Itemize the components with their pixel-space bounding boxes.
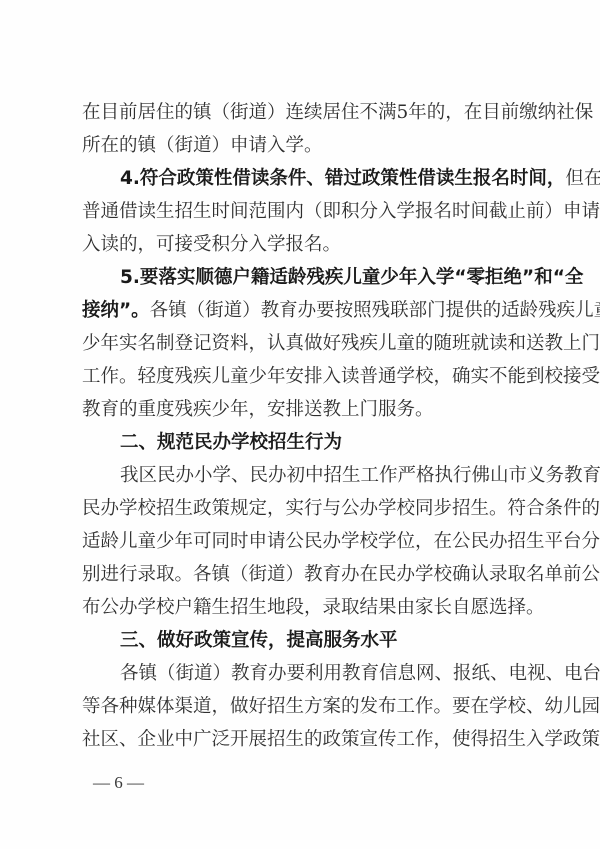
paragraph-line: 教育的重度残疾少年，安排送教上门服务。 [82,398,526,422]
paragraph-line: 在目前居住的镇（街道）连续居住不满5年的，在目前缴纳社保 [82,101,526,125]
document-page: 在目前居住的镇（街道）连续居住不满5年的，在目前缴纳社保 所在的镇（街道）申请入… [0,0,600,849]
body-text: 各镇（街道）教育办要利用教育信息网、报纸、电视、电台、 [120,663,600,684]
paragraph-line: 等各种媒体渠道，做好招生方案的发布工作。要在学校、幼儿园、 [82,695,526,719]
body-text: 民办学校招生政策规定，实行与公办学校同步招生。符合条件的 [82,498,600,519]
paragraph-line: 入读的，可接受积分入学报名。 [82,233,526,257]
body-text: 各镇（街道）教育办要按照残联部门提供的适龄残疾儿童 [150,300,600,321]
paragraph-line: 适龄儿童少年可同时申请公民办学校学位，在公民办招生平台分 [82,530,526,554]
paragraph-line: 各镇（街道）教育办要利用教育信息网、报纸、电视、电台、 [120,662,526,686]
paragraph-line: 所在的镇（街道）申请入学。 [82,134,526,158]
body-text: 等各种媒体渠道，做好招生方案的发布工作。要在学校、幼儿园、 [82,696,600,717]
body-text: 教育的重度残疾少年，安排送教上门服务。 [82,399,434,420]
body-text: 入读的，可接受积分入学报名。 [82,234,341,255]
item-5-bold-text: 5.要落实顺德户籍适龄残疾儿童少年入学“零拒绝”和“全 [120,267,583,288]
body-text: 别进行录取。各镇（街道）教育办在民办学校确认录取名单前公 [82,564,600,585]
body-text: 适龄儿童少年可同时申请公民办学校学位，在公民办招生平台分 [82,531,600,552]
item-4-bold-text: 4.符合政策性借读条件、错过政策性借读生报名时间， [120,168,565,189]
section-2-heading: 二、规范民办学校招生行为 [120,431,526,455]
body-text: 工作。轻度残疾儿童少年安排入读普通学校，确实不能到校接受 [82,366,600,387]
body-text: 在目前居住的镇（街道）连续居住不满5年的，在目前缴纳社保 [82,102,593,123]
body-text: 所在的镇（街道）申请入学。 [82,135,323,156]
section-heading-text: 三、做好政策宣传，提高服务水平 [120,630,398,651]
paragraph-line: 工作。轻度残疾儿童少年安排入读普通学校，确实不能到校接受 [82,365,526,389]
page-number: — 6 — [93,772,144,794]
paragraph-line: 接纳”。各镇（街道）教育办要按照残联部门提供的适龄残疾儿童 [82,299,526,323]
body-text: 布公办学校户籍生招生地段，录取结果由家长自愿选择。 [82,597,545,618]
paragraph-line: 少年实名制登记资料，认真做好残疾儿童的随班就读和送教上门 [82,332,526,356]
item-4-heading-line: 4.符合政策性借读条件、错过政策性借读生报名时间，但在 [120,167,526,191]
body-text: 少年实名制登记资料，认真做好残疾儿童的随班就读和送教上门 [82,333,600,354]
body-text: 但在 [565,168,600,189]
body-text: 普通借读生招生时间范围内（即积分入学报名时间截止前）申请 [82,201,600,222]
paragraph-line: 普通借读生招生时间范围内（即积分入学报名时间截止前）申请 [82,200,526,224]
body-text: 我区民办小学、民办初中招生工作严格执行佛山市义务教育 [120,465,600,486]
paragraph-line: 别进行录取。各镇（街道）教育办在民办学校确认录取名单前公 [82,563,526,587]
item-5-heading-line: 5.要落实顺德户籍适龄残疾儿童少年入学“零拒绝”和“全 [120,266,526,290]
item-5-bold-text-cont: 接纳”。 [82,300,150,321]
body-text: 社区、企业中广泛开展招生的政策宣传工作，使得招生入学政策 [82,729,600,750]
paragraph-line: 布公办学校户籍生招生地段，录取结果由家长自愿选择。 [82,596,526,620]
section-heading-text: 二、规范民办学校招生行为 [120,432,342,453]
section-3-heading: 三、做好政策宣传，提高服务水平 [120,629,526,653]
paragraph-line: 社区、企业中广泛开展招生的政策宣传工作，使得招生入学政策 [82,728,526,752]
paragraph-line: 我区民办小学、民办初中招生工作严格执行佛山市义务教育 [120,464,526,488]
paragraph-line: 民办学校招生政策规定，实行与公办学校同步招生。符合条件的 [82,497,526,521]
